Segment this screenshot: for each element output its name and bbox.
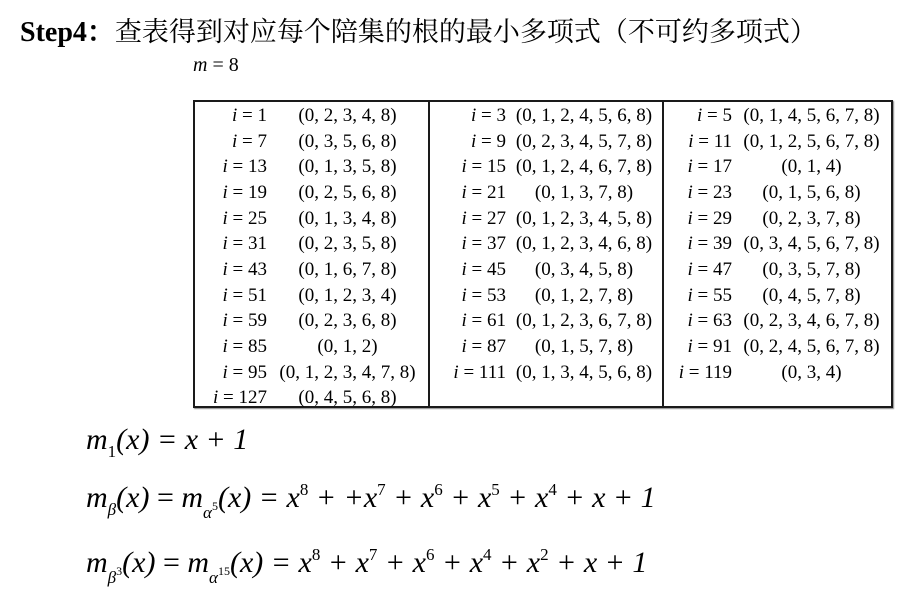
coset-index: i = 85 [195, 336, 267, 358]
index-value: = 19 [228, 182, 267, 203]
term-base: + x [443, 481, 492, 514]
polynomial-exponents: (0, 3, 4, 5, 6, 7, 8) [732, 233, 891, 255]
table-row: i = 87(0, 1, 5, 7, 8) [430, 334, 662, 360]
table-row: i = 127(0, 4, 5, 6, 8) [195, 386, 428, 412]
coset-index: i = 19 [195, 182, 267, 204]
coset-index: i = 111 [430, 362, 506, 384]
equation-m-beta: mβ(x) = mα5(x) = x8 + +x7 + x6 + x5 + x4… [86, 480, 656, 520]
polynomial-exponents: (0, 2, 3, 7, 8) [732, 208, 891, 230]
index-value: = 23 [693, 182, 732, 203]
table-row: i = 13(0, 1, 3, 5, 8) [195, 154, 428, 180]
table-row: i = 61(0, 1, 2, 3, 6, 7, 8) [430, 309, 662, 335]
polynomial-exponents: (0, 1, 4) [732, 156, 891, 178]
table-column-2: i = 3(0, 1, 2, 4, 5, 6, 8)i = 9(0, 2, 3,… [428, 102, 662, 406]
table-row: i = 23(0, 1, 5, 6, 8) [664, 180, 891, 206]
eq-equals: = [155, 546, 187, 579]
coset-index: i = 45 [430, 259, 506, 281]
eq-arg: (x) [230, 546, 263, 579]
term-base: = x [263, 546, 312, 579]
equation-m1: m1(x) = x + 1 [86, 423, 248, 462]
term-exponent: 4 [548, 480, 557, 499]
eq-arg: (x) [116, 423, 149, 456]
eq-m: m [187, 546, 209, 579]
coset-index: i = 51 [195, 285, 267, 307]
coset-index: i = 13 [195, 156, 267, 178]
coset-index: i = 43 [195, 259, 267, 281]
term-base: + x [386, 481, 435, 514]
coset-index: i = 39 [664, 233, 732, 255]
polynomial-exponents: (0, 1, 2) [267, 336, 428, 358]
polynomial-exponents: (0, 1, 2, 3, 4, 6, 8) [506, 233, 662, 255]
eq-arg: (x) [116, 481, 149, 514]
polynomial-exponents: (0, 3, 5, 6, 8) [267, 131, 428, 153]
coset-index: i = 63 [664, 310, 732, 332]
coset-index: i = 53 [430, 285, 506, 307]
table-row: i = 91(0, 2, 4, 5, 6, 7, 8) [664, 334, 891, 360]
table-row: i = 21(0, 1, 3, 7, 8) [430, 180, 662, 206]
eq-terms: = x8 + x7 + x6 + x4 + x2 [263, 546, 548, 579]
polynomial-exponents: (0, 2, 3, 4, 6, 7, 8) [732, 310, 891, 332]
polynomial-exponents: (0, 3, 5, 7, 8) [732, 259, 891, 281]
minimal-polynomial-table: i = 1(0, 2, 3, 4, 8)i = 7(0, 3, 5, 6, 8)… [193, 100, 893, 408]
polynomial-exponents: (0, 2, 4, 5, 6, 7, 8) [732, 336, 891, 358]
eq-equals: = [149, 481, 181, 514]
eq-alpha-sub: α15 [209, 568, 230, 587]
table-row: i = 5(0, 1, 4, 5, 6, 7, 8) [664, 103, 891, 129]
term-exponent: 6 [434, 480, 443, 499]
term-base: + x [320, 546, 369, 579]
coset-index: i = 95 [195, 362, 267, 384]
table-row: i = 95(0, 1, 2, 3, 4, 7, 8) [195, 360, 428, 386]
index-value: = 17 [693, 156, 732, 177]
index-value: = 1 [237, 105, 267, 126]
polynomial-exponents: (0, 1, 3, 5, 8) [267, 156, 428, 178]
eq-sub: β [108, 500, 116, 519]
eq-m: m [86, 481, 108, 514]
term-exponent: 4 [483, 545, 492, 564]
table-row: i = 47(0, 3, 5, 7, 8) [664, 257, 891, 283]
index-value: = 37 [467, 233, 506, 254]
table-row: i = 119(0, 3, 4) [664, 360, 891, 386]
index-value: = 3 [476, 105, 506, 126]
index-value: = 53 [467, 285, 506, 306]
index-value: = 59 [228, 310, 267, 331]
coset-index: i = 27 [430, 208, 506, 230]
eq-alpha-sub: α5 [203, 503, 218, 522]
index-value: = 87 [467, 336, 506, 357]
coset-index: i = 61 [430, 310, 506, 332]
polynomial-exponents: (0, 2, 3, 6, 8) [267, 310, 428, 332]
index-value: = 45 [467, 259, 506, 280]
m-equals: = 8 [207, 54, 238, 76]
table-row: i = 29(0, 2, 3, 7, 8) [664, 206, 891, 232]
table-column-1: i = 1(0, 2, 3, 4, 8)i = 7(0, 3, 5, 6, 8)… [195, 102, 428, 406]
table-row: i = 19(0, 2, 5, 6, 8) [195, 180, 428, 206]
polynomial-exponents: (0, 3, 4, 5, 8) [506, 259, 662, 281]
index-value: = 63 [693, 310, 732, 331]
table-row: i = 51(0, 1, 2, 3, 4) [195, 283, 428, 309]
polynomial-exponents: (0, 1, 3, 4, 8) [267, 208, 428, 230]
alpha-exp: 15 [218, 564, 230, 578]
coset-index: i = 91 [664, 336, 732, 358]
coset-index: i = 9 [430, 131, 506, 153]
index-value: = 127 [218, 387, 267, 408]
table-row: i = 9(0, 2, 3, 4, 5, 7, 8) [430, 129, 662, 155]
term-base: + x [434, 546, 483, 579]
alpha-exp: 5 [212, 499, 218, 513]
eq-beta-sub: β3 [108, 568, 122, 587]
table-row: i = 27(0, 1, 2, 3, 4, 5, 8) [430, 206, 662, 232]
term-base: + x [500, 481, 549, 514]
polynomial-exponents: (0, 2, 3, 4, 8) [267, 105, 428, 127]
polynomial-exponents: (0, 1, 2, 4, 6, 7, 8) [506, 156, 662, 178]
index-value: = 7 [237, 131, 267, 152]
index-value: = 11 [693, 131, 732, 152]
polynomial-exponents: (0, 2, 5, 6, 8) [267, 182, 428, 204]
polynomial-exponents: (0, 1, 6, 7, 8) [267, 259, 428, 281]
alpha: α [209, 568, 218, 587]
polynomial-exponents: (0, 1, 2, 3, 4, 7, 8) [267, 362, 428, 384]
table-row: i = 59(0, 2, 3, 6, 8) [195, 309, 428, 335]
eq-m: m [181, 481, 203, 514]
index-value: = 111 [459, 362, 506, 383]
polynomial-exponents: (0, 2, 3, 5, 8) [267, 233, 428, 255]
coset-index: i = 25 [195, 208, 267, 230]
index-value: = 29 [693, 208, 732, 229]
coset-index: i = 21 [430, 182, 506, 204]
term-exponent: 7 [377, 480, 386, 499]
table-row: i = 17(0, 1, 4) [664, 154, 891, 180]
coset-index: i = 31 [195, 233, 267, 255]
eq-m: m [86, 423, 108, 456]
polynomial-exponents: (0, 1, 2, 3, 4, 5, 8) [506, 208, 662, 230]
index-value: = 15 [467, 156, 506, 177]
table-row: i = 53(0, 1, 2, 7, 8) [430, 283, 662, 309]
index-value: = 21 [467, 182, 506, 203]
polynomial-exponents: (0, 1, 5, 6, 8) [732, 182, 891, 204]
eq-terms: = x8 + +x7 + x6 + x5 + x4 [251, 481, 557, 514]
coset-index: i = 119 [664, 362, 732, 384]
beta-exp: 3 [116, 564, 122, 578]
index-value: = 55 [693, 285, 732, 306]
index-value: = 25 [228, 208, 267, 229]
term-base: = x [251, 481, 300, 514]
coset-index: i = 11 [664, 131, 732, 153]
eq-arg: (x) [122, 546, 155, 579]
polynomial-exponents: (0, 1, 2, 5, 6, 7, 8) [732, 131, 891, 153]
table-row: i = 45(0, 3, 4, 5, 8) [430, 257, 662, 283]
step-heading: Step4：查表得到对应每个陪集的根的最小多项式（不可约多项式） [20, 10, 817, 50]
term-exponent: 2 [540, 545, 549, 564]
table-row: i = 85(0, 1, 2) [195, 334, 428, 360]
index-value: = 13 [228, 156, 267, 177]
coset-index: i = 7 [195, 131, 267, 153]
table-row: i = 37(0, 1, 2, 3, 4, 6, 8) [430, 231, 662, 257]
coset-index: i = 59 [195, 310, 267, 332]
table-row: i = 39(0, 3, 4, 5, 6, 7, 8) [664, 231, 891, 257]
m-variable: m [193, 54, 207, 76]
table-row: i = 111(0, 1, 3, 4, 5, 6, 8) [430, 360, 662, 386]
eq-tail: + x + 1 [557, 481, 656, 514]
index-value: = 27 [467, 208, 506, 229]
coset-index: i = 17 [664, 156, 732, 178]
table-row: i = 11(0, 1, 2, 5, 6, 7, 8) [664, 129, 891, 155]
index-value: = 61 [467, 310, 506, 331]
m-value-label: m = 8 [193, 54, 239, 77]
index-value: = 51 [228, 285, 267, 306]
table-row: i = 63(0, 2, 3, 4, 6, 7, 8) [664, 309, 891, 335]
index-value: = 119 [684, 362, 732, 383]
term-base: + x [492, 546, 541, 579]
eq-rhs: = x + 1 [149, 423, 248, 456]
polynomial-exponents: (0, 4, 5, 7, 8) [732, 285, 891, 307]
polynomial-exponents: (0, 1, 5, 7, 8) [506, 336, 662, 358]
polynomial-exponents: (0, 1, 2, 3, 6, 7, 8) [506, 310, 662, 332]
eq-m: m [86, 546, 108, 579]
term-exponent: 5 [491, 480, 500, 499]
eq-sub: 1 [108, 442, 117, 461]
coset-index: i = 55 [664, 285, 732, 307]
polynomial-exponents: (0, 2, 3, 4, 5, 7, 8) [506, 131, 662, 153]
index-value: = 39 [693, 233, 732, 254]
beta: β [108, 568, 116, 587]
coset-index: i = 23 [664, 182, 732, 204]
alpha: α [203, 503, 212, 522]
step-label: Step4： [20, 17, 115, 48]
table-row: i = 1(0, 2, 3, 4, 8) [195, 103, 428, 129]
coset-index: i = 15 [430, 156, 506, 178]
table-column-3: i = 5(0, 1, 4, 5, 6, 7, 8)i = 11(0, 1, 2… [662, 102, 891, 406]
eq-tail: + x + 1 [549, 546, 648, 579]
index-value: = 43 [228, 259, 267, 280]
index-value: = 5 [702, 105, 732, 126]
index-value: = 85 [228, 336, 267, 357]
step-description: 查表得到对应每个陪集的根的最小多项式（不可约多项式） [115, 17, 817, 48]
table-row: i = 3(0, 1, 2, 4, 5, 6, 8) [430, 103, 662, 129]
polynomial-exponents: (0, 1, 4, 5, 6, 7, 8) [732, 105, 891, 127]
index-value: = 31 [228, 233, 267, 254]
table-row: i = 43(0, 1, 6, 7, 8) [195, 257, 428, 283]
coset-index: i = 37 [430, 233, 506, 255]
polynomial-exponents: (0, 1, 2, 4, 5, 6, 8) [506, 105, 662, 127]
polynomial-exponents: (0, 1, 3, 7, 8) [506, 182, 662, 204]
term-base: + x [377, 546, 426, 579]
coset-index: i = 5 [664, 105, 732, 127]
polynomial-exponents: (0, 1, 3, 4, 5, 6, 8) [506, 362, 662, 384]
index-value: = 91 [693, 336, 732, 357]
table-row: i = 31(0, 2, 3, 5, 8) [195, 231, 428, 257]
coset-index: i = 29 [664, 208, 732, 230]
coset-index: i = 1 [195, 105, 267, 127]
coset-index: i = 87 [430, 336, 506, 358]
table-row: i = 25(0, 1, 3, 4, 8) [195, 206, 428, 232]
term-base: + +x [308, 481, 377, 514]
index-value: = 47 [693, 259, 732, 280]
polynomial-exponents: (0, 4, 5, 6, 8) [267, 387, 428, 409]
coset-index: i = 3 [430, 105, 506, 127]
index-value: = 95 [228, 362, 267, 383]
index-value: = 9 [476, 131, 506, 152]
table-row: i = 7(0, 3, 5, 6, 8) [195, 129, 428, 155]
table-row: i = 55(0, 4, 5, 7, 8) [664, 283, 891, 309]
polynomial-exponents: (0, 1, 2, 7, 8) [506, 285, 662, 307]
eq-arg: (x) [218, 481, 251, 514]
coset-index: i = 47 [664, 259, 732, 281]
equation-m-beta-cubed: mβ3(x) = mα15(x) = x8 + x7 + x6 + x4 + x… [86, 545, 647, 580]
polynomial-exponents: (0, 3, 4) [732, 362, 891, 384]
polynomial-exponents: (0, 1, 2, 3, 4) [267, 285, 428, 307]
table-row: i = 15(0, 1, 2, 4, 6, 7, 8) [430, 154, 662, 180]
coset-index: i = 127 [195, 387, 267, 409]
